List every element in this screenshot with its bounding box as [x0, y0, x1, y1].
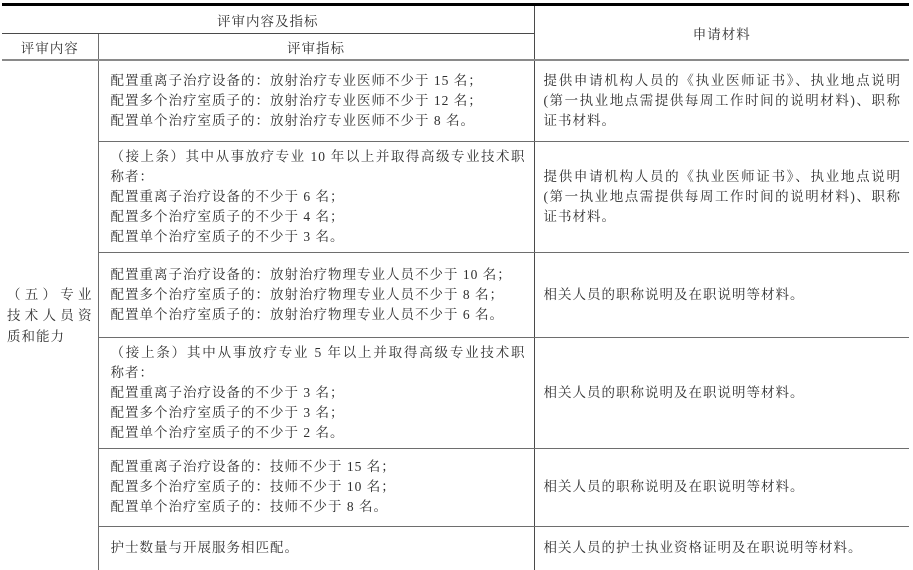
category-line: 质和能力 — [7, 326, 93, 347]
header-row-group: 评审内容及指标 申请材料 — [2, 5, 909, 34]
indicator-line: 配置重离子治疗设备的不少于 3 名； — [111, 383, 526, 403]
indicator-cell: 护士数量与开展服务相匹配。 — [98, 526, 534, 570]
material-cell: 相关人员的护士执业资格证明及在职说明等材料。 — [534, 526, 909, 570]
table-row: （接上条）其中从事放疗专业 10 年以上并取得高级专业技术职 称者： 配置重离子… — [2, 141, 909, 252]
indicator-cell: 配置重离子治疗设备的：技师不少于 15 名； 配置多个治疗室质子的：技师不少于 … — [98, 448, 534, 526]
material-line: 证书材料。 — [544, 111, 902, 131]
material-line: 相关人员的护士执业资格证明及在职说明等材料。 — [544, 538, 902, 558]
material-cell: 提供申请机构人员的《执业医师证书》、执业地点说明 (第一执业地点需提供每周工作时… — [534, 141, 909, 252]
indicator-line: 配置重离子治疗设备的：放射治疗物理专业人员不少于 10 名； — [111, 265, 526, 285]
header-review-indicator: 评审指标 — [98, 34, 534, 61]
header-application-materials: 申请材料 — [534, 5, 909, 61]
indicator-line: 配置多个治疗室质子的不少于 4 名； — [111, 207, 526, 227]
indicator-cell: （接上条）其中从事放疗专业 10 年以上并取得高级专业技术职 称者： 配置重离子… — [98, 141, 534, 252]
indicator-line: （接上条）其中从事放疗专业 5 年以上并取得高级专业技术职 — [111, 343, 526, 363]
material-cell: 相关人员的职称说明及在职说明等材料。 — [534, 337, 909, 448]
category-cell: （五）专业 技术人员资 质和能力 — [2, 60, 98, 570]
material-cell: 提供申请机构人员的《执业医师证书》、执业地点说明 (第一执业地点需提供每周工作时… — [534, 60, 909, 141]
table-row: 配置重离子治疗设备的：放射治疗物理专业人员不少于 10 名； 配置多个治疗室质子… — [2, 252, 909, 337]
indicator-line: 称者： — [111, 167, 526, 187]
material-line: 证书材料。 — [544, 207, 902, 227]
header-review-content-and-indicators: 评审内容及指标 — [2, 5, 534, 34]
material-line: 相关人员的职称说明及在职说明等材料。 — [544, 383, 902, 403]
category-line: （五）专业 — [7, 284, 93, 305]
indicator-line: 护士数量与开展服务相匹配。 — [111, 538, 526, 558]
document-page: 评审内容及指标 申请材料 评审内容 评审指标 （五）专业 技术人员资 质和能力 … — [0, 0, 913, 570]
indicator-line: 配置单个治疗室质子的：放射治疗专业医师不少于 8 名。 — [111, 111, 526, 131]
header-review-content: 评审内容 — [2, 34, 98, 61]
material-line: 相关人员的职称说明及在职说明等材料。 — [544, 477, 902, 497]
category-line: 技术人员资 — [7, 305, 93, 326]
material-cell: 相关人员的职称说明及在职说明等材料。 — [534, 252, 909, 337]
indicator-cell: 配置重离子治疗设备的：放射治疗物理专业人员不少于 10 名； 配置多个治疗室质子… — [98, 252, 534, 337]
indicator-line: 配置多个治疗室质子的：放射治疗专业医师不少于 12 名； — [111, 91, 526, 111]
indicator-line: 配置重离子治疗设备的：技师不少于 15 名； — [111, 457, 526, 477]
indicator-line: 配置单个治疗室质子的：技师不少于 8 名。 — [111, 497, 526, 517]
indicator-line: 配置单个治疗室质子的不少于 3 名。 — [111, 227, 526, 247]
indicator-line: 配置单个治疗室质子的不少于 2 名。 — [111, 423, 526, 443]
material-line: 相关人员的职称说明及在职说明等材料。 — [544, 285, 902, 305]
table-row: （接上条）其中从事放疗专业 5 年以上并取得高级专业技术职 称者： 配置重离子治… — [2, 337, 909, 448]
indicator-line: 称者： — [111, 363, 526, 383]
indicator-cell: （接上条）其中从事放疗专业 5 年以上并取得高级专业技术职 称者： 配置重离子治… — [98, 337, 534, 448]
indicator-line: （接上条）其中从事放疗专业 10 年以上并取得高级专业技术职 — [111, 147, 526, 167]
indicator-line: 配置多个治疗室质子的：放射治疗物理专业人员不少于 8 名； — [111, 285, 526, 305]
material-cell: 相关人员的职称说明及在职说明等材料。 — [534, 448, 909, 526]
material-line: (第一执业地点需提供每周工作时间的说明材料)、职称 — [544, 91, 902, 111]
table-row: 护士数量与开展服务相匹配。 相关人员的护士执业资格证明及在职说明等材料。 — [2, 526, 909, 570]
table-row: 配置重离子治疗设备的：技师不少于 15 名； 配置多个治疗室质子的：技师不少于 … — [2, 448, 909, 526]
indicator-line: 配置多个治疗室质子的：技师不少于 10 名； — [111, 477, 526, 497]
indicator-line: 配置重离子治疗设备的：放射治疗专业医师不少于 15 名； — [111, 71, 526, 91]
table-row: （五）专业 技术人员资 质和能力 配置重离子治疗设备的：放射治疗专业医师不少于 … — [2, 60, 909, 141]
indicator-line: 配置重离子治疗设备的不少于 6 名； — [111, 187, 526, 207]
material-line: (第一执业地点需提供每周工作时间的说明材料)、职称 — [544, 187, 902, 207]
material-line: 提供申请机构人员的《执业医师证书》、执业地点说明 — [544, 167, 902, 187]
indicator-line: 配置单个治疗室质子的：放射治疗物理专业人员不少于 6 名。 — [111, 305, 526, 325]
material-line: 提供申请机构人员的《执业医师证书》、执业地点说明 — [544, 71, 902, 91]
review-criteria-table: 评审内容及指标 申请材料 评审内容 评审指标 （五）专业 技术人员资 质和能力 … — [2, 3, 909, 570]
indicator-line: 配置多个治疗室质子的不少于 3 名； — [111, 403, 526, 423]
indicator-cell: 配置重离子治疗设备的：放射治疗专业医师不少于 15 名； 配置多个治疗室质子的：… — [98, 60, 534, 141]
